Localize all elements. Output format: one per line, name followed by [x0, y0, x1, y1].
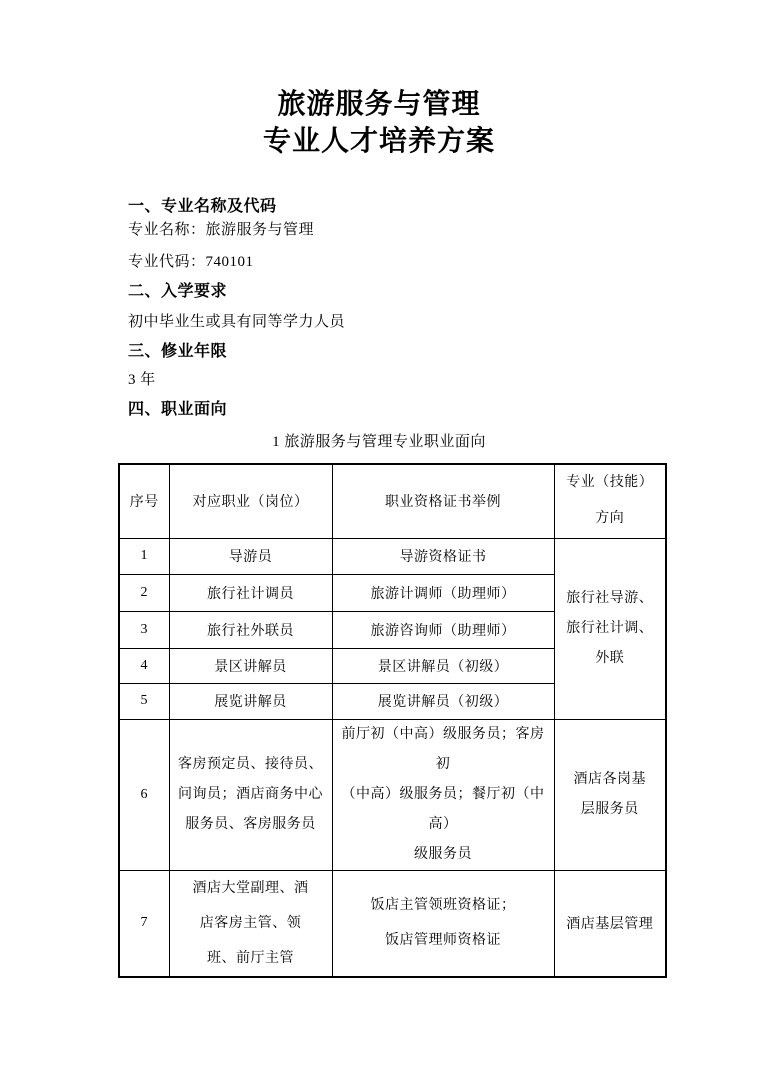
document-page: 旅游服务与管理 专业人才培养方案 一、专业名称及代码 专业名称：旅游服务与管理 … [0, 0, 758, 1074]
cell-no: 4 [119, 648, 169, 683]
career-orientation-table: 序号 对应职业（岗位） 职业资格证书举例 专业（技能） 方向 1 导游员 导游资… [118, 463, 667, 978]
document-title-line2: 专业人才培养方案 [0, 123, 758, 161]
section-4-heading: 四、职业面向 [128, 395, 698, 425]
major-name-line: 专业名称：旅游服务与管理 [128, 215, 698, 245]
cell-cert: 饭店主管领班资格证； 饭店管理师资格证 [332, 870, 554, 977]
table-header-row: 序号 对应职业（岗位） 职业资格证书举例 专业（技能） 方向 [119, 464, 666, 538]
cell-direction: 酒店各岗基 层服务员 [554, 719, 666, 870]
major-code-line: 专业代码：740101 [128, 247, 698, 277]
cell-cert: 导游资格证书 [332, 538, 554, 574]
cell-no: 7 [119, 870, 169, 977]
cell-cert: 前厅初（中高）级服务员；客房初 （中高）级服务员；餐厅初（中高） 级服务员 [332, 719, 554, 870]
cell-no: 6 [119, 719, 169, 870]
entry-requirement-line: 初中毕业生或具有同等学力人员 [128, 307, 698, 337]
cell-no: 3 [119, 611, 169, 648]
header-cell-no: 序号 [119, 464, 169, 538]
table-row: 6 客房预定员、接待员、 问询员；酒店商务中心 服务员、客房服务员 前厅初（中高… [119, 719, 666, 870]
cell-cert: 展览讲解员（初级） [332, 683, 554, 719]
cell-direction: 酒店基层管理 [554, 870, 666, 977]
cell-direction-merged: 旅行社导游、 旅行社计调、 外联 [554, 538, 666, 719]
cell-job: 旅行社计调员 [169, 574, 332, 611]
cell-no: 1 [119, 538, 169, 574]
cell-cert: 景区讲解员（初级） [332, 648, 554, 683]
cell-cert: 旅游咨询师（助理师） [332, 611, 554, 648]
cell-cert: 旅游计调师（助理师） [332, 574, 554, 611]
document-title-line1: 旅游服务与管理 [0, 86, 758, 124]
table-row: 7 酒店大堂副理、酒 店客房主管、领 班、前厅主管 饭店主管领班资格证； 饭店管… [119, 870, 666, 977]
cell-job: 景区讲解员 [169, 648, 332, 683]
table-row: 1 导游员 导游资格证书 旅行社导游、 旅行社计调、 外联 [119, 538, 666, 574]
section-3-heading: 三、修业年限 [128, 337, 698, 367]
cell-job: 旅行社外联员 [169, 611, 332, 648]
study-years-line: 3 年 [128, 365, 698, 395]
cell-no: 5 [119, 683, 169, 719]
table-caption: 1 旅游服务与管理专业职业面向 [0, 427, 758, 457]
cell-no: 2 [119, 574, 169, 611]
cell-job: 展览讲解员 [169, 683, 332, 719]
cell-job: 酒店大堂副理、酒 店客房主管、领 班、前厅主管 [169, 870, 332, 977]
section-2-heading: 二、入学要求 [128, 277, 698, 307]
header-cell-job: 对应职业（岗位） [169, 464, 332, 538]
cell-job: 客房预定员、接待员、 问询员；酒店商务中心 服务员、客房服务员 [169, 719, 332, 870]
cell-job: 导游员 [169, 538, 332, 574]
header-cell-direction: 专业（技能） 方向 [554, 464, 666, 538]
header-cell-cert: 职业资格证书举例 [332, 464, 554, 538]
